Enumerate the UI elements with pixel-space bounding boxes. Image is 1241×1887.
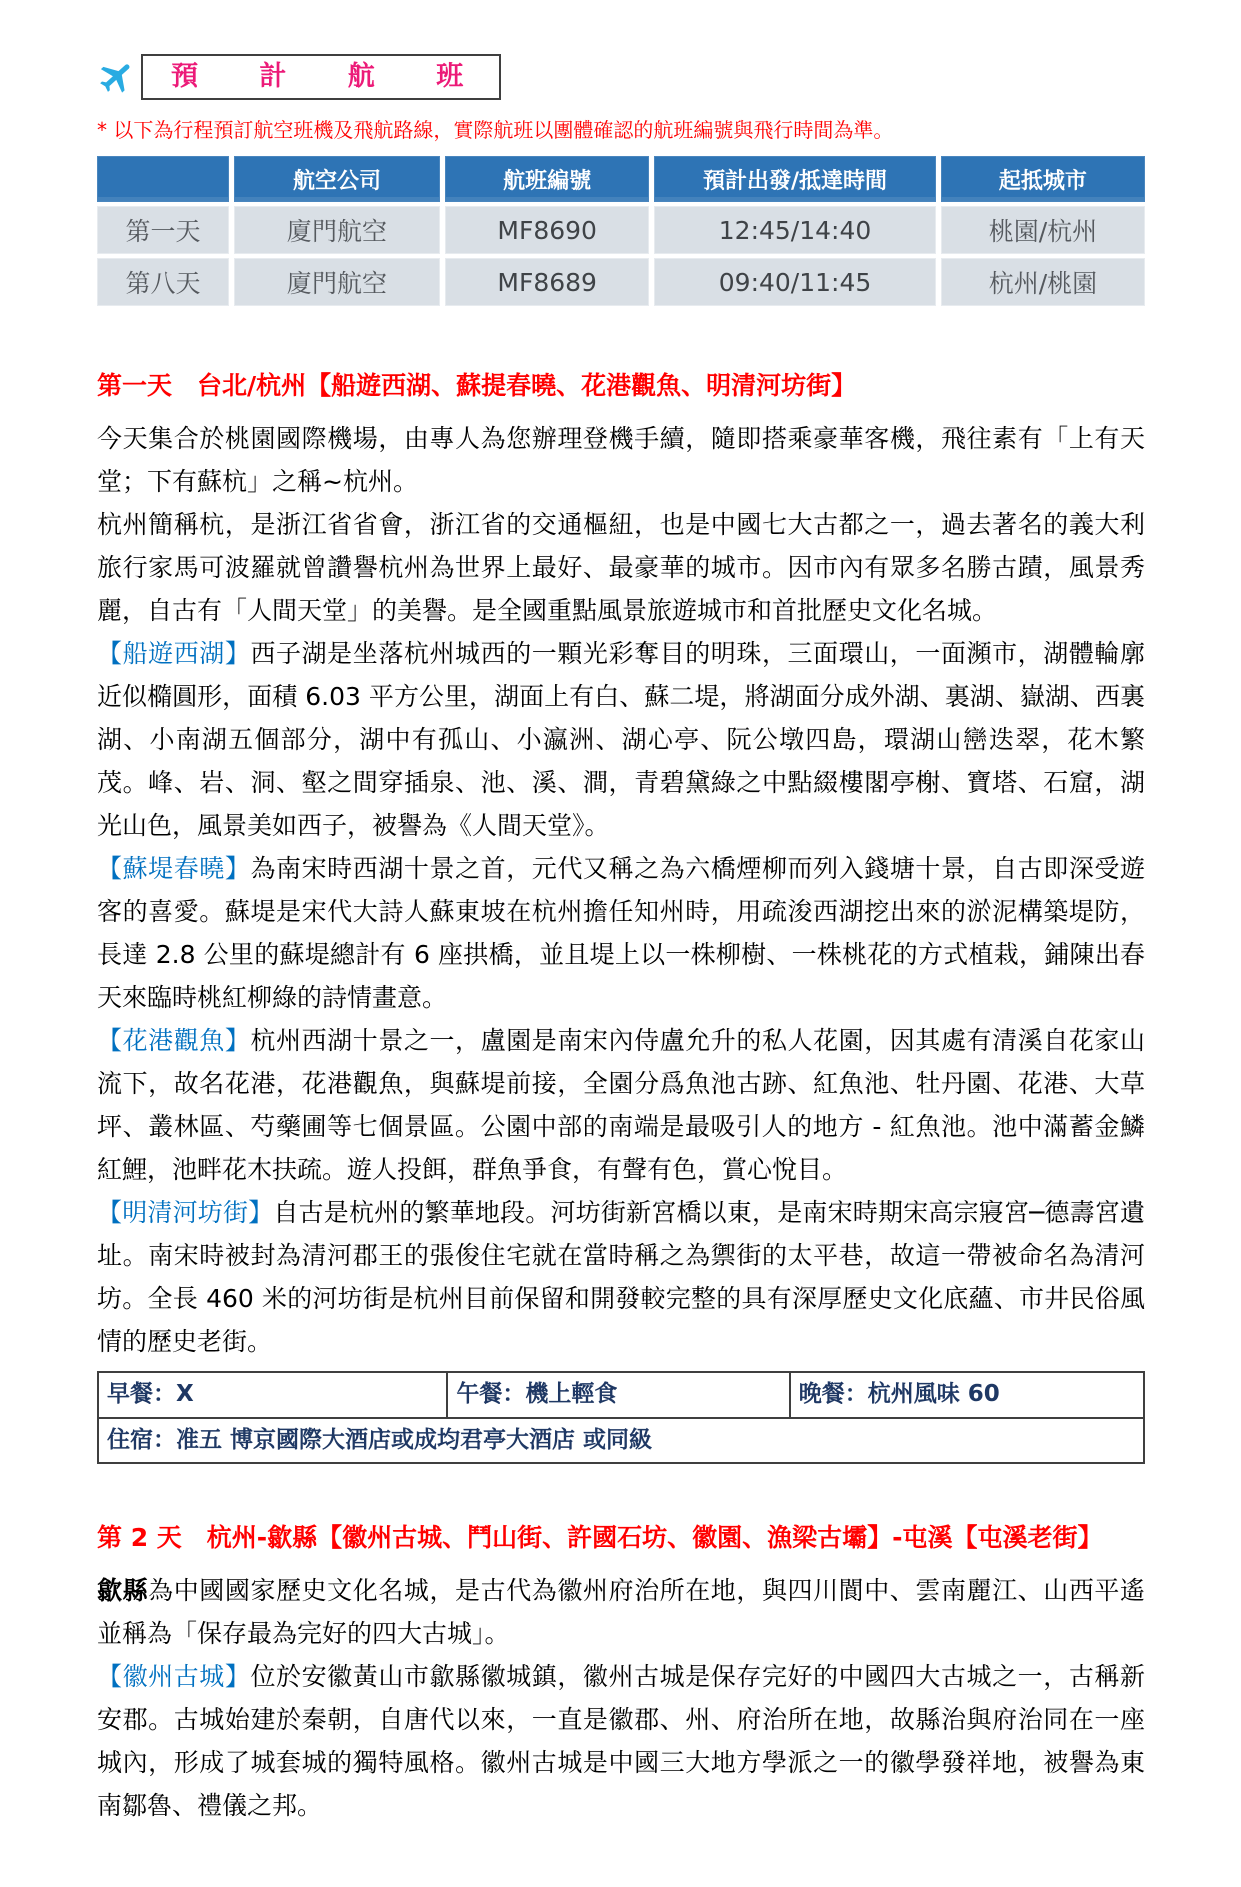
dinner-cell: 晚餐：杭州風味 60 — [790, 1372, 1144, 1418]
attraction-label: 【船遊西湖】 — [97, 639, 250, 668]
day1-paragraph: 杭州簡稱杭，是浙江省省會，浙江省的交通樞紐，也是中國七大古都之一，過去著名的義大… — [97, 503, 1145, 632]
day1-paragraph-hefang-street: 【明清河坊街】自古是杭州的繁華地段。河坊街新宮橋以東，是南宋時期宋高宗寢宮─德壽… — [97, 1191, 1145, 1363]
day1-heading: 第一天 台北/杭州【船遊西湖、蘇提春曉、花港觀魚、明清河坊街】 — [97, 368, 1145, 404]
cell-day: 第八天 — [97, 258, 229, 306]
hotel-row: 住宿：准五 博京國際大酒店或成均君亭大酒店 或同級 — [98, 1418, 1144, 1464]
paragraph-text: 今天集合於桃園國際機場，由專人為您辦理登機手續，隨即搭乘豪華客機，飛往素有「上有… — [97, 424, 1145, 496]
cell-cities: 杭州/桃園 — [941, 258, 1145, 306]
bold-lead-text: 歙縣 — [97, 1576, 148, 1605]
cell-flight-no: MF8690 — [445, 206, 649, 254]
paragraph-text: 為南宋時西湖十景之首，元代又稱之為六橋煙柳而列入錢塘十景，自古即深受遊客的喜愛。… — [97, 854, 1145, 1012]
paragraph-text: 為中國國家歷史文化名城，是古代為徽州府治所在地，與四川閬中、雲南麗江、山西平遙並… — [97, 1576, 1145, 1648]
flight-table-header-row: 航空公司 航班編號 預計出發/抵達時間 起抵城市 — [97, 156, 1145, 202]
day2-paragraph-huizhou-ancient-city: 【徽州古城】位於安徽黃山市歙縣徽城鎮，徽州古城是保存完好的中國四大古城之一，古稱… — [97, 1655, 1145, 1827]
header-cell-flight-no: 航班編號 — [445, 156, 649, 202]
cell-day: 第一天 — [97, 206, 229, 254]
attraction-label: 【蘇堤春曉】 — [97, 854, 250, 883]
page-title: 預 計 航 班 — [171, 61, 489, 92]
day1-paragraph-huagang-fish: 【花港觀魚】杭州西湖十景之一，盧園是南宋內侍盧允升的私人花園，因其處有清溪自花家… — [97, 1019, 1145, 1191]
paragraph-text: 西子湖是坐落杭州城西的一顆光彩奪目的明珠，三面環山，一面瀕市，湖體輪廓近似橢圓形… — [97, 639, 1145, 840]
section-title-row: 預 計 航 班 — [97, 54, 1145, 100]
meals-row: 早餐：X 午餐：機上輕食 晚餐：杭州風味 60 — [98, 1372, 1144, 1418]
header-cell-time: 預計出發/抵達時間 — [654, 156, 936, 202]
attraction-label: 【花港觀魚】 — [97, 1026, 250, 1055]
cell-flight-no: MF8689 — [445, 258, 649, 306]
day2-paragraph-shexian: 歙縣為中國國家歷史文化名城，是古代為徽州府治所在地，與四川閬中、雲南麗江、山西平… — [97, 1569, 1145, 1655]
attraction-label: 【徽州古城】 — [97, 1662, 250, 1691]
lunch-cell: 午餐：機上輕食 — [447, 1372, 789, 1418]
header-cell-airline: 航空公司 — [234, 156, 440, 202]
attraction-label: 【明清河坊街】 — [97, 1198, 273, 1227]
cell-cities: 桃園/杭州 — [941, 206, 1145, 254]
flight-row-day8: 第八天 廈門航空 MF8689 09:40/11:45 杭州/桃園 — [97, 258, 1145, 306]
day1-paragraph: 今天集合於桃園國際機場，由專人為您辦理登機手續，隨即搭乘豪華客機，飛往素有「上有… — [97, 417, 1145, 503]
cell-airline: 廈門航空 — [234, 206, 440, 254]
flight-disclaimer-note: * 以下為行程預訂航空班機及飛航路線，實際航班以團體確認的航班編號與飛行時間為準… — [97, 116, 1145, 144]
flight-row-day1: 第一天 廈門航空 MF8690 12:45/14:40 桃園/杭州 — [97, 206, 1145, 254]
day2-heading: 第 2 天 杭州-歙縣【徽州古城、鬥山街、許國石坊、徽園、漁梁古壩】-屯溪【屯溪… — [97, 1520, 1145, 1556]
cell-time: 12:45/14:40 — [654, 206, 936, 254]
airplane-icon — [97, 57, 137, 97]
paragraph-text: 杭州簡稱杭，是浙江省省會，浙江省的交通樞紐，也是中國七大古都之一，過去著名的義大… — [97, 510, 1145, 625]
day1-paragraph-west-lake-cruise: 【船遊西湖】西子湖是坐落杭州城西的一顆光彩奪目的明珠，三面環山，一面瀕市，湖體輪… — [97, 632, 1145, 847]
header-cell-day — [97, 156, 229, 202]
itinerary-page: 預 計 航 班 * 以下為行程預訂航空班機及飛航路線，實際航班以團體確認的航班編… — [0, 0, 1241, 1887]
header-cell-cities: 起抵城市 — [941, 156, 1145, 202]
cell-time: 09:40/11:45 — [654, 258, 936, 306]
day1-meals-table: 早餐：X 午餐：機上輕食 晚餐：杭州風味 60 住宿：准五 博京國際大酒店或成均… — [97, 1371, 1145, 1465]
paragraph-text: 杭州西湖十景之一，盧園是南宋內侍盧允升的私人花園，因其處有清溪自花家山流下，故名… — [97, 1026, 1145, 1184]
flight-schedule-table: 航空公司 航班編號 預計出發/抵達時間 起抵城市 第一天 廈門航空 MF8690… — [92, 152, 1150, 310]
page-title-box: 預 計 航 班 — [141, 54, 501, 100]
hotel-cell: 住宿：准五 博京國際大酒店或成均君亭大酒店 或同級 — [98, 1418, 1144, 1464]
breakfast-cell: 早餐：X — [98, 1372, 447, 1418]
cell-airline: 廈門航空 — [234, 258, 440, 306]
paragraph-text: 位於安徽黃山市歙縣徽城鎮，徽州古城是保存完好的中國四大古城之一，古稱新安郡。古城… — [97, 1662, 1145, 1820]
day1-paragraph-su-causeway: 【蘇堤春曉】為南宋時西湖十景之首，元代又稱之為六橋煙柳而列入錢塘十景，自古即深受… — [97, 847, 1145, 1019]
